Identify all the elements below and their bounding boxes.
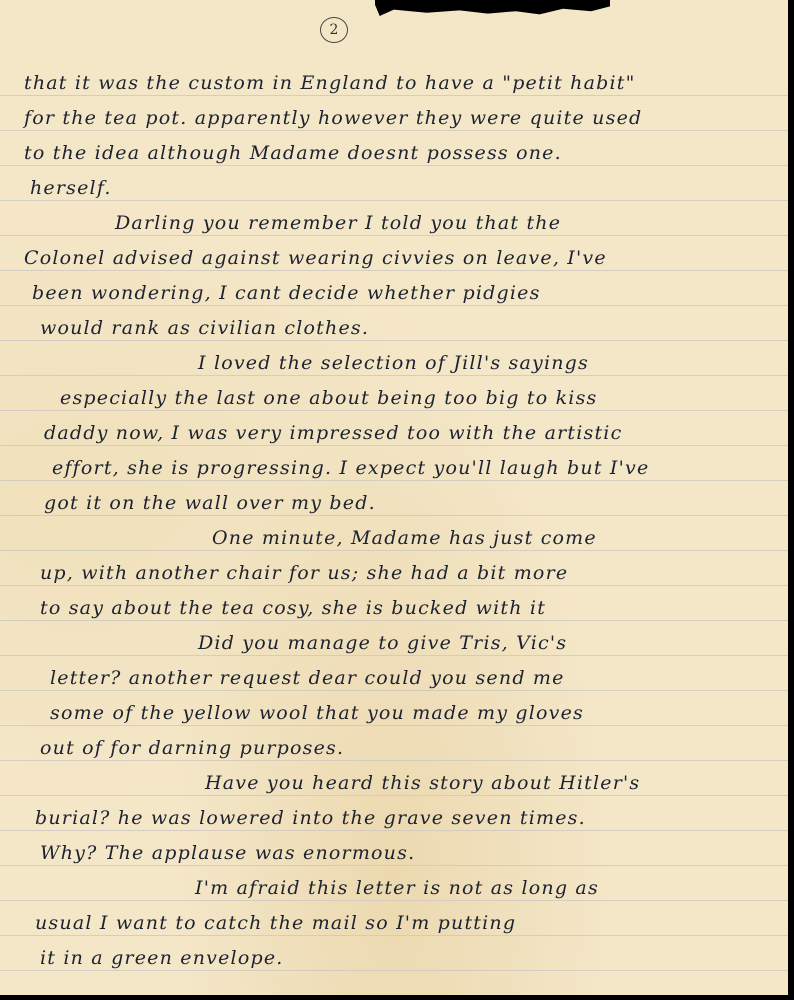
torn-edge xyxy=(375,0,610,16)
handwritten-line: daddy now, I was very impressed too with… xyxy=(0,422,794,444)
ruled-line xyxy=(0,480,788,481)
ruled-line xyxy=(0,550,788,551)
ruled-line xyxy=(0,585,788,586)
ruled-line xyxy=(0,900,788,901)
ruled-line xyxy=(0,970,788,971)
ruled-line xyxy=(0,865,788,866)
handwritten-line: it in a green envelope. xyxy=(0,947,794,969)
ruled-line xyxy=(0,410,788,411)
ruled-line xyxy=(0,620,788,621)
handwritten-line: One minute, Madame has just come xyxy=(0,527,794,549)
handwritten-line: that it was the custom in England to hav… xyxy=(0,72,794,94)
ruled-line xyxy=(0,200,788,201)
ruled-line xyxy=(0,235,788,236)
ruled-line xyxy=(0,830,788,831)
handwritten-line: out of for darning purposes. xyxy=(0,737,794,759)
ruled-line xyxy=(0,655,788,656)
handwritten-line: I loved the selection of Jill's sayings xyxy=(0,352,794,374)
ruled-line xyxy=(0,165,788,166)
handwritten-line: herself. xyxy=(0,177,794,199)
ruled-line xyxy=(0,270,788,271)
handwritten-line: up, with another chair for us; she had a… xyxy=(0,562,794,584)
ruled-line xyxy=(0,445,788,446)
page-number: 2 xyxy=(330,22,339,38)
ruled-line xyxy=(0,935,788,936)
handwritten-line: Why? The applause was enormous. xyxy=(0,842,794,864)
handwritten-line: Darling you remember I told you that the xyxy=(0,212,794,234)
ruled-line xyxy=(0,515,788,516)
ruled-line xyxy=(0,130,788,131)
ruled-line xyxy=(0,725,788,726)
handwritten-line: especially the last one about being too … xyxy=(0,387,794,409)
handwritten-line: usual I want to catch the mail so I'm pu… xyxy=(0,912,794,934)
handwritten-line: effort, she is progressing. I expect you… xyxy=(0,457,794,479)
handwritten-line: Have you heard this story about Hitler's xyxy=(0,772,794,794)
handwritten-line: to the idea although Madame doesnt posse… xyxy=(0,142,794,164)
handwritten-line: Did you manage to give Tris, Vic's xyxy=(0,632,794,654)
handwritten-line: Colonel advised against wearing civvies … xyxy=(0,247,794,269)
handwritten-line: for the tea pot. apparently however they… xyxy=(0,107,794,129)
handwritten-line: burial? he was lowered into the grave se… xyxy=(0,807,794,829)
handwritten-line: to say about the tea cosy, she is bucked… xyxy=(0,597,794,619)
letter-page: 2 that it was the custom in England to h… xyxy=(0,0,788,995)
ruled-line xyxy=(0,690,788,691)
ruled-line xyxy=(0,95,788,96)
handwritten-line: some of the yellow wool that you made my… xyxy=(0,702,794,724)
ruled-line xyxy=(0,795,788,796)
ruled-line xyxy=(0,340,788,341)
page-number-circle: 2 xyxy=(320,17,348,43)
ruled-line xyxy=(0,305,788,306)
ruled-line xyxy=(0,375,788,376)
handwritten-line: would rank as civilian clothes. xyxy=(0,317,794,339)
handwritten-line: letter? another request dear could you s… xyxy=(0,667,794,689)
ruled-line xyxy=(0,760,788,761)
handwritten-line: been wondering, I cant decide whether pi… xyxy=(0,282,794,304)
handwritten-line: I'm afraid this letter is not as long as xyxy=(0,877,794,899)
handwritten-line: got it on the wall over my bed. xyxy=(0,492,794,514)
